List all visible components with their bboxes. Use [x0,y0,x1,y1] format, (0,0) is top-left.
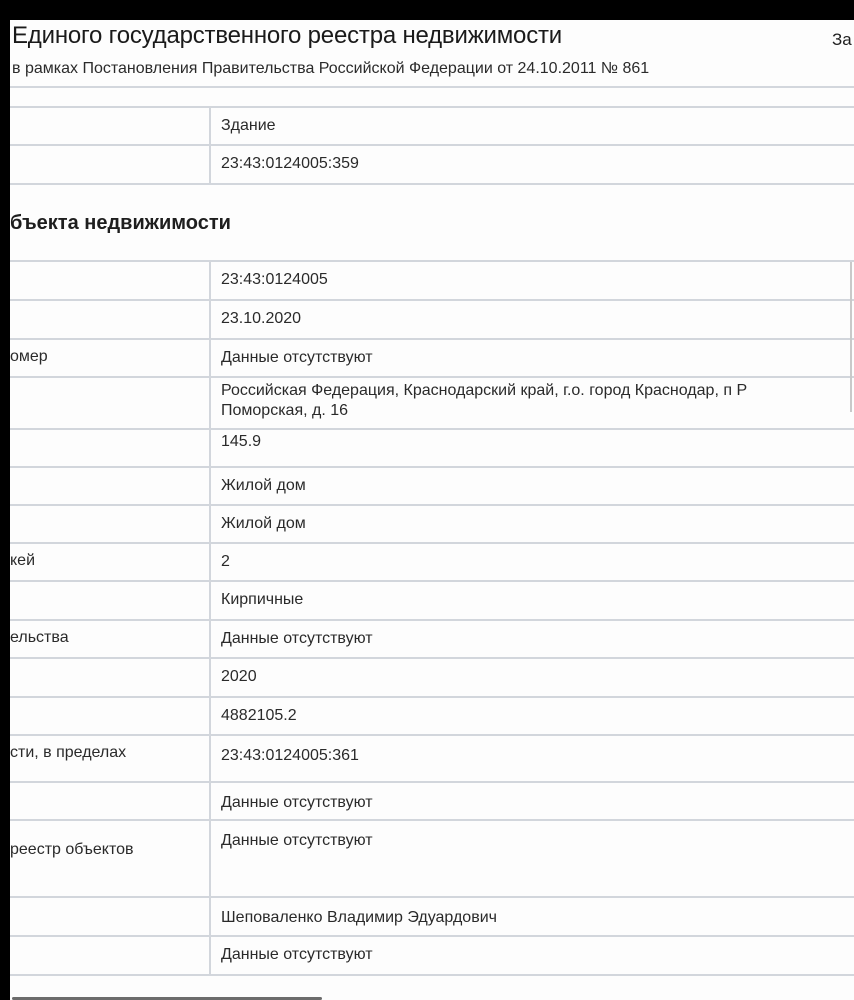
row-label [10,108,211,145]
extract-page: Единого государственного реестра недвижи… [10,20,854,1000]
table-row: сти, в пределах 23:43:0124005:361 [10,734,854,782]
row-value: Здание [221,108,854,136]
row-value: Шеповаленко Владимир Эдуардович [221,898,854,928]
row-label [10,378,211,429]
table-row: Шеповаленко Владимир Эдуардович [10,896,854,936]
row-label: ельства [10,621,211,658]
section-title: бъекта недвижимости [10,212,231,235]
row-value: 23:43:0124005:361 [221,736,854,766]
address-line-2: Поморская, д. 16 [221,401,854,421]
table-row: 23:43:0124005:359 [10,144,854,185]
row-value: Кирпичные [221,582,854,610]
table-row: Жилой дом [10,504,854,543]
page-title-right-fragment: За [832,30,852,50]
row-value: 23.10.2020 [221,301,854,329]
row-value: 23:43:0124005 [221,262,854,290]
row-label: реестр объектов [10,821,211,897]
row-value: Жилой дом [221,506,854,534]
table-row: Данные отсутствуют [10,781,854,820]
table-row: Жилой дом [10,466,854,505]
row-label [10,698,211,735]
row-value: 23:43:0124005:359 [221,146,854,174]
row-value: Данные отсутствуют [221,340,854,368]
page-subtitle: в рамках Постановления Правительства Рос… [12,60,649,78]
table-row: 23.10.2020 [10,299,854,339]
header-divider [10,86,854,88]
row-label [10,659,211,697]
row-value: Данные отсутствуют [221,783,854,813]
row-value: 2020 [221,659,854,687]
table-row: Данные отсутствуют [10,935,854,976]
row-label [10,301,211,339]
table-row: 2020 [10,657,854,697]
row-value: Данные отсутствуют [221,937,854,965]
table-row: 23:43:0124005 [10,260,854,300]
table-row: Здание [10,106,854,145]
page-title: Единого государственного реестра недвижи… [12,22,562,50]
row-label [10,430,211,467]
table-row: реестр объектов Данные отсутствуют [10,819,854,897]
table-row: ельства Данные отсутствуют [10,619,854,658]
row-label [10,582,211,620]
row-value: 145.9 [221,430,854,452]
row-label [10,783,211,820]
address-line-1: Российская Федерация, Краснодарский край… [221,381,854,401]
row-value: Жилой дом [221,468,854,496]
row-label [10,468,211,505]
row-value: Данные отсутствуют [221,621,854,649]
row-label: кей [10,544,211,581]
table-row: омер Данные отсутствуют [10,338,854,377]
row-value: 4882105.2 [221,698,854,726]
table-row: 4882105.2 [10,696,854,735]
row-label [10,898,211,936]
row-label [10,146,211,183]
row-value: Данные отсутствуют [221,821,854,851]
table-row: Российская Федерация, Краснодарский край… [10,376,854,429]
table-row: 145.9 [10,428,854,467]
row-label: сти, в пределах [10,736,211,782]
row-label: омер [10,340,211,377]
row-label [10,262,211,300]
vertical-scrollbar[interactable] [850,262,852,412]
table-row: Кирпичные [10,580,854,620]
row-value: Российская Федерация, Краснодарский край… [221,378,854,421]
row-value: 2 [221,544,854,572]
row-label [10,506,211,543]
table-row: кей 2 [10,542,854,581]
row-label [10,937,211,974]
